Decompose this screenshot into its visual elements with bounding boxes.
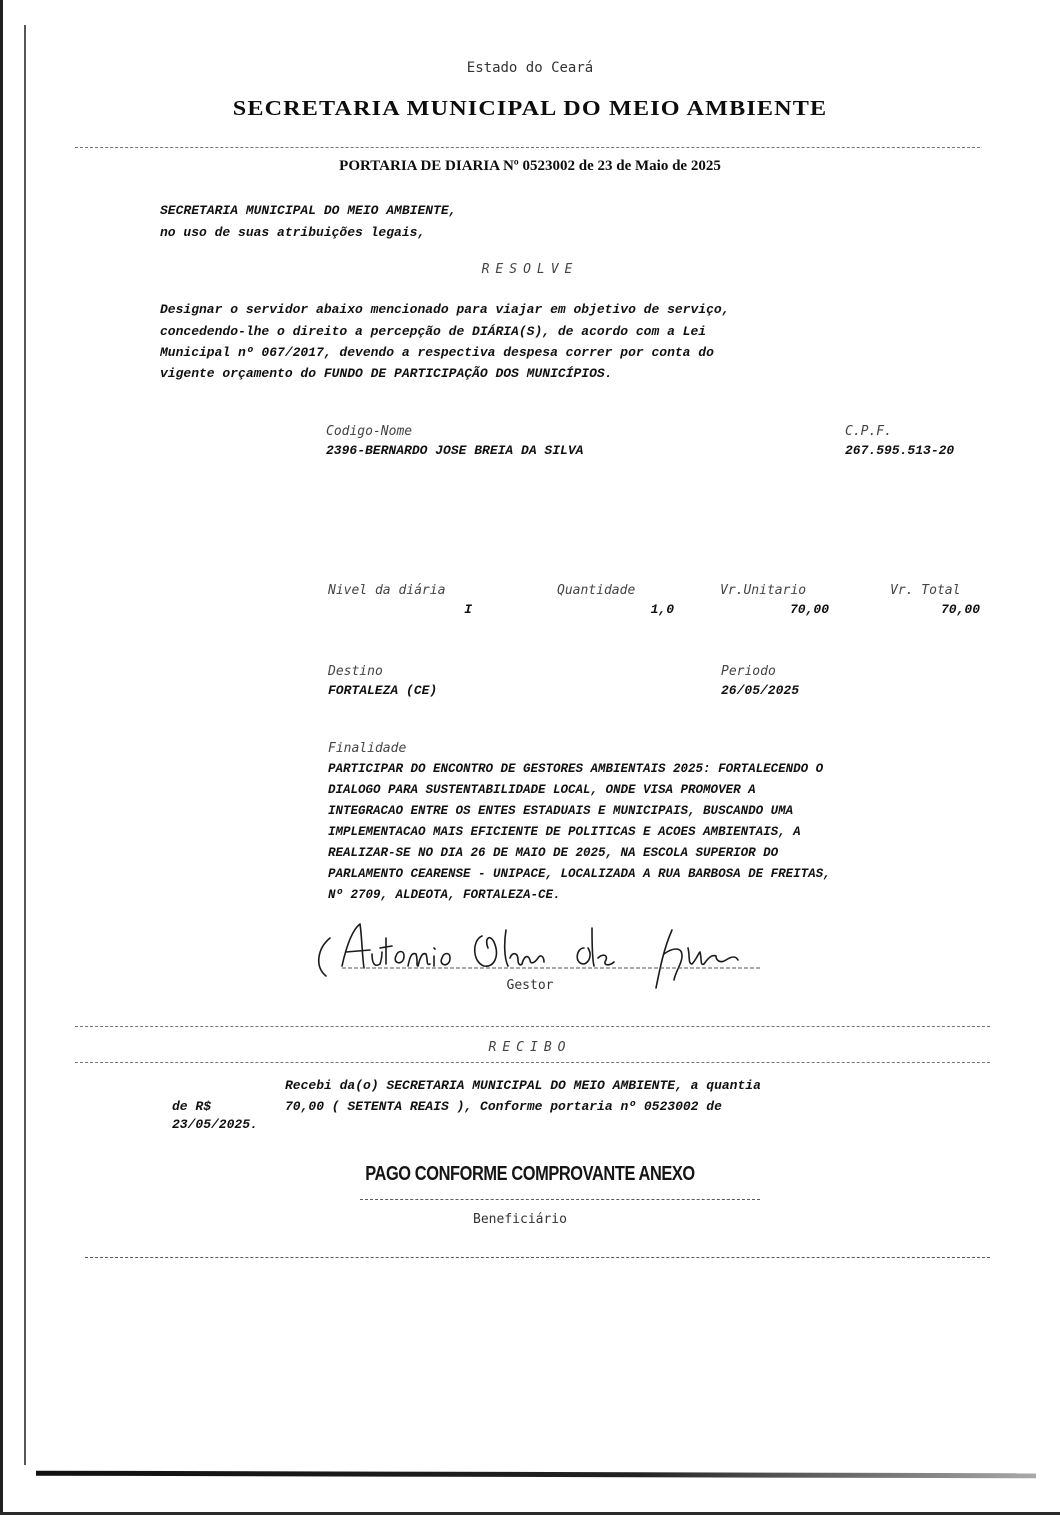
finalidade-line-4: IMPLEMENTACAO MAIS EFICIENTE DE POLITICA… <box>328 825 801 839</box>
designation-line-1: Designar o servidor abaixo mencionado pa… <box>160 302 730 317</box>
finalidade-line-7: Nº 2709, ALDEOTA, FORTALEZA-CE. <box>328 888 561 902</box>
designation-line-4: vigente orçamento do FUNDO DE PARTICIPAÇ… <box>160 366 612 381</box>
finalidade-line-5: REALIZAR-SE NO DIA 26 DE MAIO DE 2025, N… <box>328 846 778 860</box>
cpf-label: C.P.F. <box>845 424 892 439</box>
scan-border-left <box>0 0 3 1515</box>
cpf-value: 267.595.513-20 <box>845 443 954 458</box>
unitario-label: Vr.Unitario <box>720 583 806 598</box>
designation-line-2: concedendo-lhe o direito a percepção de … <box>160 324 706 339</box>
recibo-heading: RECIBO <box>0 1040 1060 1055</box>
quantidade-value: 1,0 <box>557 602 674 617</box>
periodo-value: 26/05/2025 <box>721 683 799 698</box>
paid-stamp: PAGO CONFORME COMPROVANTE ANEXO <box>95 1163 964 1186</box>
preamble-line-1: SECRETARIA MUNICIPAL DO MEIO AMBIENTE, <box>160 203 456 218</box>
quantidade-label: Quantidade <box>557 583 635 598</box>
destino-label: Destino <box>328 664 383 679</box>
portaria-title: PORTARIA DE DIARIA Nº 0523002 de 23 de M… <box>0 158 1060 175</box>
recibo-date: 23/05/2025. <box>172 1117 258 1132</box>
finalidade-label: Finalidade <box>328 741 406 756</box>
finalidade-line-1: PARTICIPAR DO ENCONTRO DE GESTORES AMBIE… <box>328 762 823 776</box>
resolve-heading: RESOLVE <box>0 262 1060 277</box>
total-value: 70,00 <box>880 602 980 617</box>
finalidade-line-6: PARLAMENTO CEARENSE - UNIPACE, LOCALIZAD… <box>328 867 831 881</box>
total-label: Vr. Total <box>890 583 960 598</box>
gestor-label: Gestor <box>0 978 1060 993</box>
finalidade-line-2: DIALOGO PARA SUSTENTABILIDADE LOCAL, OND… <box>328 783 756 797</box>
scan-border-inner <box>24 25 26 1465</box>
header-divider <box>75 147 980 148</box>
designation-line-3: Municipal nº 067/2017, devendo a respect… <box>160 345 714 360</box>
recibo-line-2: 70,00 ( SETENTA REAIS ), Conforme portar… <box>285 1099 722 1114</box>
secretaria-title: SECRETARIA MUNICIPAL DO MEIO AMBIENTE <box>0 96 1060 121</box>
nivel-label: Nivel da diária <box>328 583 445 598</box>
recibo-divider-bottom <box>75 1062 990 1063</box>
finalidade-line-3: INTEGRACAO ENTRE OS ENTES ESTADUAIS E MU… <box>328 804 793 818</box>
unitario-value: 70,00 <box>720 602 829 617</box>
periodo-label: Periodo <box>721 664 776 679</box>
beneficiario-signature-line <box>360 1199 760 1200</box>
preamble-line-2: no uso de suas atribuições legais, <box>160 225 425 240</box>
nivel-value: I <box>328 602 472 617</box>
recibo-currency-prefix: de R$ <box>172 1099 211 1114</box>
footer-divider <box>85 1257 990 1258</box>
scan-artifact-bar <box>36 1471 1036 1479</box>
recibo-divider-top <box>75 1026 990 1027</box>
codigo-nome-value: 2396-BERNARDO JOSE BREIA DA SILVA <box>326 443 583 458</box>
codigo-nome-label: Codigo-Nome <box>326 424 412 439</box>
state-name: Estado do Ceará <box>0 60 1060 76</box>
destino-value: FORTALEZA (CE) <box>328 683 437 698</box>
recibo-line-1: Recebi da(o) SECRETARIA MUNICIPAL DO MEI… <box>285 1078 761 1093</box>
beneficiario-label: Beneficiário <box>0 1212 1040 1227</box>
